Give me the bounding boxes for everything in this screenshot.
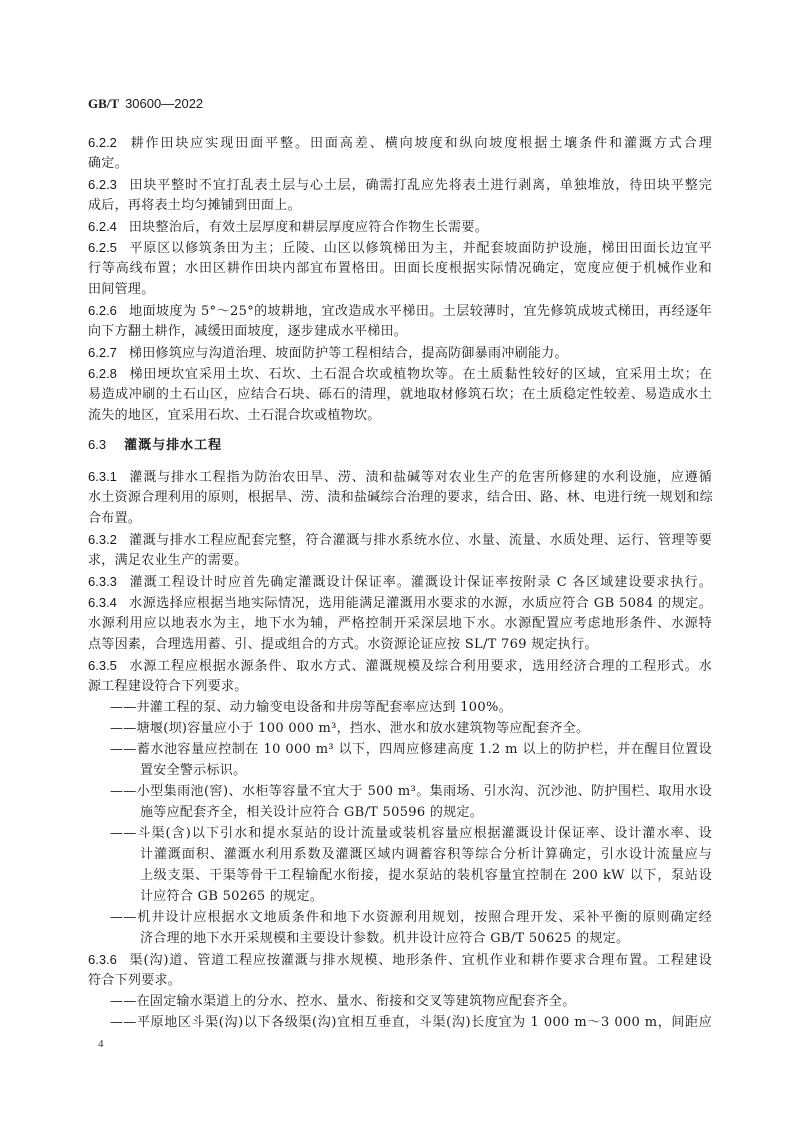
clause-number: 6.3.2 bbox=[88, 532, 117, 547]
clause-number: 6.2.2 bbox=[88, 135, 117, 150]
clause-text-continued: 求，满足农业生产的需要。 bbox=[88, 552, 712, 570]
list-item-continued: 施等应配套齐全，相关设计应符合 GB/T 50596 的规定。 bbox=[140, 804, 712, 822]
document-page: GB/T30600—2022 6.2.2耕作田块应实现田面平整。田面高差、横向坡… bbox=[0, 0, 793, 1122]
list-item-continued: 济合理的地下水开采规模和主要设计参数。机井设计应符合 GB/T 50625 的规… bbox=[140, 930, 712, 948]
list-item: ——机井设计应根据水文地质条件和地下水资源利用规划，按照合理开发、采补平衡的原则… bbox=[110, 909, 712, 927]
clause-number: 6.3.3 bbox=[88, 574, 117, 589]
clause-number: 6.2.5 bbox=[88, 240, 117, 255]
clause-text: 水源工程应根据水源条件、取水方式、灌溉规模及综合利用要求，选用经济合理的工程形式… bbox=[129, 659, 712, 674]
list-item: ——井灌工程的泵、动力输变电设备和井房等配套率应达到 100%。 bbox=[110, 699, 712, 717]
standard-code: 30600—2022 bbox=[125, 96, 203, 111]
clause-text-continued: 水源利用应以地表水为主，地下水为辅，严格控制开采深层地下水。水源配置应考虑地形条… bbox=[88, 615, 712, 633]
clause-text-continued: 易造成冲刷的土石山区，应结合石块、砾石的清理，就地取材修筑石坎；在土质稳定性较差… bbox=[88, 386, 712, 404]
clause-number: 6.2.4 bbox=[88, 219, 117, 234]
clause-6-3-6: 6.3.6渠(沟)道、管道工程应按灌溉与排水规模、地形条件、宜机作业和耕作要求合… bbox=[88, 951, 712, 970]
clause-text: 灌溉与排水工程指为防治农田旱、涝、渍和盐碱等对农业生产的危害所修建的水利设施，应… bbox=[129, 470, 712, 485]
list-item: ——小型集雨池(窖)、水柜等容量不宜大于 500 m³。集雨场、引水沟、沉沙池、… bbox=[110, 783, 712, 801]
clause-text: 平原区以修筑条田为主；丘陵、山区以修筑梯田为主，并配套坡面防护设施，梯田田面长边… bbox=[129, 241, 712, 256]
clause-6-3-3: 6.3.3灌溉工程设计时应首先确定灌溉设计保证率。灌溉设计保证率按附录 C 各区… bbox=[88, 573, 712, 592]
clause-text-continued: 向下方翻土耕作，减缓田面坡度，逐步建成水平梯田。 bbox=[88, 323, 712, 341]
clause-number: 6.3.5 bbox=[88, 658, 117, 673]
clause-text: 渠(沟)道、管道工程应按灌溉与排水规模、地形条件、宜机作业和耕作要求合理布置。工… bbox=[129, 953, 712, 968]
clause-text-continued: 田间管理。 bbox=[88, 281, 712, 299]
clause-text: 梯田修筑应与沟道治理、坡面防护等工程相结合，提高防御暴雨冲刷能力。 bbox=[129, 346, 568, 361]
clause-text-continued: 确定。 bbox=[88, 155, 712, 173]
section-title: 灌溉与排水工程 bbox=[124, 438, 222, 453]
page-number: 4 bbox=[98, 1038, 104, 1050]
clause-number: 6.2.8 bbox=[88, 366, 117, 381]
clause-text-continued: 点等因素，合理选用蓄、引、提或组合的方式。水资源论证应按 SL/T 769 规定… bbox=[88, 636, 712, 654]
clause-text-continued: 合布置。 bbox=[88, 510, 712, 528]
clause-number: 6.3.1 bbox=[88, 469, 117, 484]
clause-text: 灌溉与排水工程应配套完整，符合灌溉与排水系统水位、水量、流量、水质处理、运行、管… bbox=[129, 533, 712, 548]
list-item-continued: 计灌溉面积、灌溉水利用系数及灌溉区域内调蓄容积等综合分析计算确定，引水设计流量应… bbox=[140, 846, 712, 864]
clause-6-2-5: 6.2.5平原区以修筑条田为主；丘陵、山区以修筑梯田为主，并配套坡面防护设施，梯… bbox=[88, 239, 712, 258]
clause-6-2-2: 6.2.2耕作田块应实现田面平整。田面高差、横向坡度和纵向坡度根据土壤条件和灌溉… bbox=[88, 134, 712, 153]
list-item-continued: 上级支渠、干渠等骨干工程输配水衔接，提水泵站的装机容量宜控制在 200 kW 以… bbox=[140, 867, 712, 885]
clause-6-3-4: 6.3.4水源选择应根据当地实际情况，选用能满足灌溉用水要求的水源，水质应符合 … bbox=[88, 594, 712, 613]
list-item-continued: 置安全警示标识。 bbox=[140, 762, 712, 780]
clause-text: 水源选择应根据当地实际情况，选用能满足灌溉用水要求的水源，水质应符合 GB 50… bbox=[129, 596, 712, 611]
clause-text-continued: 行等高线布置；水田区耕作田块内部宜布置格田。田面长度根据实际情况确定，宽度应便于… bbox=[88, 260, 712, 278]
clause-6-2-3: 6.2.3田块平整时不宜打乱表土层与心土层，确需打乱应先将表土进行剥离，单独堆放… bbox=[88, 176, 712, 195]
page-header: GB/T30600—2022 bbox=[88, 95, 203, 114]
clause-number: 6.3.6 bbox=[88, 952, 117, 967]
clause-text: 田块平整时不宜打乱表土层与心土层，确需打乱应先将表土进行剥离，单独堆放，待田块平… bbox=[129, 178, 712, 193]
list-item: ——在固定输水渠道上的分水、控水、量水、衔接和交叉等建筑物应配套齐全。 bbox=[110, 993, 712, 1011]
clause-6-2-7: 6.2.7梯田修筑应与沟道治理、坡面防护等工程相结合，提高防御暴雨冲刷能力。 bbox=[88, 344, 712, 363]
list-item: ——蓄水池容量应控制在 10 000 m³ 以下，四周应修建高度 1.2 m 以… bbox=[110, 741, 712, 759]
clause-6-2-8: 6.2.8梯田埂坎宜采用土坎、石坎、土石混合坎或植物坎等。在土质黏性较好的区域，… bbox=[88, 365, 712, 384]
list-item: ——塘堰(坝)容量应小于 100 000 m³，挡水、泄水和放水建筑物等应配套齐… bbox=[110, 720, 712, 738]
clause-number: 6.2.3 bbox=[88, 177, 117, 192]
clause-text-continued: 源工程建设符合下列要求。 bbox=[88, 678, 712, 696]
clause-text-continued: 水土资源合理利用的原则，根据旱、涝、渍和盐碱综合治理的要求，结合田、路、林、电进… bbox=[88, 489, 712, 507]
clause-text: 田块整治后，有效土层厚度和耕层厚度应符合作物生长需要。 bbox=[129, 220, 488, 235]
clause-6-3-1: 6.3.1灌溉与排水工程指为防治农田旱、涝、渍和盐碱等对农业生产的危害所修建的水… bbox=[88, 468, 712, 487]
clause-text: 梯田埂坎宜采用土坎、石坎、土石混合坎或植物坎等。在土质黏性较好的区域，宜采用土坎… bbox=[129, 367, 712, 382]
clause-text: 灌溉工程设计时应首先确定灌溉设计保证率。灌溉设计保证率按附录 C 各区域建设要求… bbox=[129, 575, 712, 590]
section-heading-6-3: 6.3灌溉与排水工程 bbox=[88, 436, 222, 455]
clause-6-2-6: 6.2.6地面坡度为 5°～25°的坡耕地，宜改造成水平梯田。土层较薄时，宜先修… bbox=[88, 302, 712, 321]
clause-text: 耕作田块应实现田面平整。田面高差、横向坡度和纵向坡度根据土壤条件和灌溉方式合理 bbox=[129, 136, 712, 151]
clause-number: 6.3.4 bbox=[88, 595, 117, 610]
section-number: 6.3 bbox=[88, 437, 106, 452]
clause-6-3-5: 6.3.5水源工程应根据水源条件、取水方式、灌溉规模及综合利用要求，选用经济合理… bbox=[88, 657, 712, 676]
clause-6-2-4: 6.2.4田块整治后，有效土层厚度和耕层厚度应符合作物生长需要。 bbox=[88, 218, 712, 237]
clause-text-continued: 符合下列要求。 bbox=[88, 972, 712, 990]
clause-number: 6.2.7 bbox=[88, 345, 117, 360]
list-item: ——平原地区斗渠(沟)以下各级渠(沟)宜相互垂直，斗渠(沟)长度宜为 1 000… bbox=[110, 1014, 712, 1032]
standard-prefix: GB/T bbox=[88, 96, 119, 111]
clause-text: 地面坡度为 5°～25°的坡耕地，宜改造成水平梯田。土层较薄时，宜先修筑成坡式梯… bbox=[129, 304, 712, 319]
clause-number: 6.2.6 bbox=[88, 303, 117, 318]
clause-text-continued: 流失的地区，宜采用石坎、土石混合坎或植物坎。 bbox=[88, 407, 712, 425]
list-item: ——斗渠(含)以下引水和提水泵站的设计流量或装机容量应根据灌溉设计保证率、设计灌… bbox=[110, 825, 712, 843]
clause-6-3-2: 6.3.2灌溉与排水工程应配套完整，符合灌溉与排水系统水位、水量、流量、水质处理… bbox=[88, 531, 712, 550]
list-item-continued: 计应符合 GB 50265 的规定。 bbox=[140, 888, 712, 906]
clause-text-continued: 成后，再将表土均匀摊铺到田面上。 bbox=[88, 197, 712, 215]
